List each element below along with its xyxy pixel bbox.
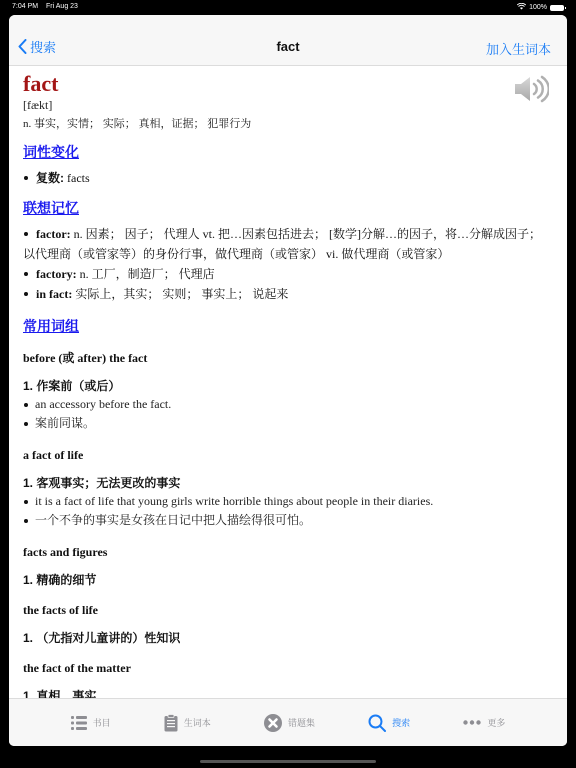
tab-label: 错题集 bbox=[288, 716, 315, 729]
status-time: 7:04 PM bbox=[12, 3, 38, 10]
item-text: 实际上，其实； 实则； 事实上； 说起来 bbox=[75, 287, 288, 301]
phrase-definition: 1. 客观事实；无法更改的事实 bbox=[23, 475, 553, 491]
association-list: factor: n. 因素； 因子； 代理人 vt. 把…因素包括进去； [数学… bbox=[23, 224, 553, 304]
list-item: 复数: facts bbox=[23, 168, 553, 188]
item-label: 复数: bbox=[36, 171, 64, 185]
example-item: an accessory before the fact. bbox=[23, 395, 553, 414]
tab-mistakes[interactable]: 错题集 bbox=[264, 714, 315, 732]
list-item: factory: n. 工厂，制造厂； 代理店 bbox=[23, 264, 553, 284]
item-text: n. 因素； 因子； 代理人 vt. 把…因素包括进去； [数学]分解…的因子，… bbox=[23, 227, 541, 261]
headword: fact bbox=[23, 71, 553, 97]
phrase-definition: 1. （尤指对儿童讲的）性知识 bbox=[23, 630, 553, 646]
speaker-icon bbox=[513, 74, 549, 104]
example-item: 一个不争的事实是女孩在日记中把人描绘得很可怕。 bbox=[23, 511, 553, 530]
item-text: n. 工厂，制造厂； 代理店 bbox=[80, 267, 215, 281]
example-item: 案前同谋。 bbox=[23, 414, 553, 433]
search-icon bbox=[368, 714, 386, 732]
phrase-definition: 1. 真相，事实 bbox=[23, 688, 553, 698]
page-title: fact bbox=[9, 39, 567, 54]
dictionary-content: fact [fækt] n. 事实，实情； 实际； 真相，证据； 犯罪行为 词性… bbox=[9, 66, 567, 698]
section-inflection-link[interactable]: 词性变化 bbox=[23, 142, 553, 162]
navigation-bar: 搜索 fact 加入生词本 bbox=[9, 15, 567, 66]
tab-search[interactable]: 搜索 bbox=[368, 714, 410, 732]
tab-label: 更多 bbox=[487, 716, 505, 729]
wifi-icon bbox=[517, 3, 526, 12]
list-item: in fact: 实际上，其实； 实则； 事实上； 说起来 bbox=[23, 284, 553, 304]
phrase-definition: 1. 作案前（或后） bbox=[23, 378, 553, 394]
inflection-list: 复数: facts bbox=[23, 168, 553, 188]
tab-label: 生词本 bbox=[184, 716, 211, 729]
phrase-heading: the facts of life bbox=[23, 602, 553, 618]
tab-more[interactable]: 更多 bbox=[463, 716, 505, 729]
item-label: in fact: bbox=[36, 287, 72, 301]
list-item: factor: n. 因素； 因子； 代理人 vt. 把…因素包括进去； [数学… bbox=[23, 224, 553, 264]
status-bar: 7:04 PM Fri Aug 23 100% bbox=[0, 0, 576, 14]
item-label: factor: bbox=[36, 227, 71, 241]
status-right: 100% bbox=[517, 3, 564, 12]
phrase-heading: facts and figures bbox=[23, 544, 553, 560]
tab-label: 搜索 bbox=[392, 716, 410, 729]
section-association-link[interactable]: 联想记忆 bbox=[23, 198, 553, 218]
battery-icon bbox=[550, 5, 564, 11]
example-list: it is a fact of life that young girls wr… bbox=[23, 492, 553, 530]
list-icon bbox=[71, 716, 87, 730]
phrase-heading: before (或 after) the fact bbox=[23, 350, 553, 366]
status-left: 7:04 PM Fri Aug 23 bbox=[12, 3, 84, 10]
clipboard-icon bbox=[164, 714, 178, 732]
home-indicator bbox=[200, 760, 376, 763]
status-date: Fri Aug 23 bbox=[46, 3, 78, 10]
example-list: an accessory before the fact. 案前同谋。 bbox=[23, 395, 553, 433]
phrase-heading: the fact of the matter bbox=[23, 660, 553, 676]
phonetic: [fækt] bbox=[23, 97, 553, 113]
tab-label: 书目 bbox=[93, 716, 111, 729]
item-label: factory: bbox=[36, 267, 77, 281]
meaning: n. 事实，实情； 实际； 真相，证据； 犯罪行为 bbox=[23, 117, 553, 132]
speaker-button[interactable] bbox=[513, 74, 549, 109]
example-item: it is a fact of life that young girls wr… bbox=[23, 492, 553, 511]
phrase-heading: a fact of life bbox=[23, 447, 553, 463]
tab-bar: 书目 生词本 错题集 搜索 更多 bbox=[9, 698, 567, 746]
item-text: facts bbox=[67, 171, 90, 185]
phrase-definition: 1. 精确的细节 bbox=[23, 572, 553, 588]
section-phrases-link[interactable]: 常用词组 bbox=[23, 316, 553, 336]
tab-catalog[interactable]: 书目 bbox=[71, 716, 111, 730]
battery-percent: 100% bbox=[529, 4, 547, 11]
add-to-wordbook-button[interactable]: 加入生词本 bbox=[486, 39, 551, 58]
tab-wordbook[interactable]: 生词本 bbox=[164, 714, 211, 732]
more-icon bbox=[463, 720, 481, 725]
x-circle-icon bbox=[264, 714, 282, 732]
app-window: 搜索 fact 加入生词本 fact [fækt] n. 事实，实情； 实际； … bbox=[9, 15, 567, 746]
